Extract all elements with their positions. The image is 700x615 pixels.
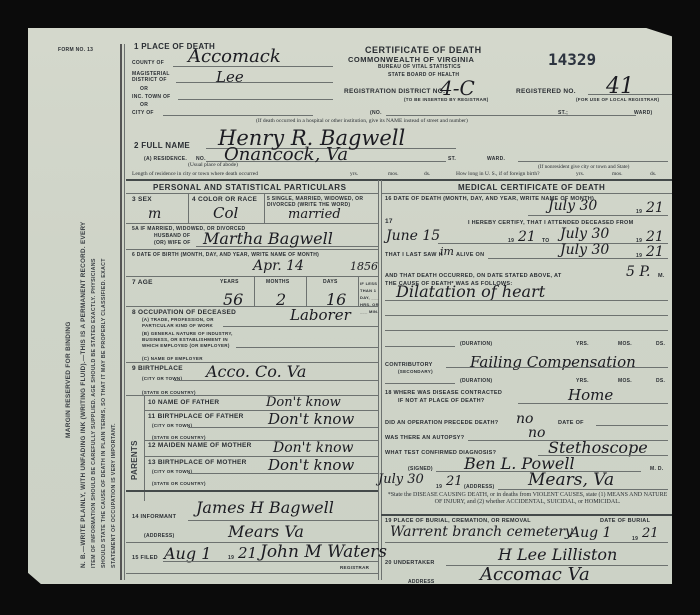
marital-value: married	[288, 207, 341, 222]
spouse-value: Martha Bagwell	[203, 229, 333, 248]
age-label: 7 AGE	[132, 279, 153, 286]
informant-label: 14 INFORMANT	[132, 514, 176, 520]
father-name-value: Don't know	[266, 395, 341, 410]
sex-divider	[188, 193, 189, 223]
undertaker-value: H Lee Lilliston	[498, 545, 617, 564]
parents-bottom-line	[126, 490, 378, 492]
undertaker-label: 20 UNDERTAKER	[385, 560, 435, 566]
dob-year: 1856	[350, 260, 378, 273]
duration-line-1	[385, 346, 455, 347]
mother-name-value: Don't know	[273, 440, 354, 456]
inc-town-label: INC. TOWN OF	[132, 94, 171, 100]
ward-label: WARD)	[634, 110, 652, 116]
informant-line	[188, 520, 378, 521]
contributory-label: CONTRIBUTORY	[385, 362, 433, 368]
race-value: Col	[213, 204, 238, 222]
contracted-label-2: IF NOT AT PLACE OF DEATH?	[398, 398, 485, 404]
contributory-line	[446, 367, 668, 368]
personal-section-title: PERSONAL AND STATISTICAL PARTICULARS	[153, 183, 346, 192]
sign-date: July 30	[378, 472, 424, 487]
medical-section-title: MEDICAL CERTIFICATE OF DEATH	[458, 183, 605, 192]
foreign-ds-label: ds.	[650, 171, 656, 177]
duration-label-2: (DURATION)	[460, 378, 492, 384]
duration-mos-2: MOS.	[618, 378, 632, 384]
registered-no-note: (FOR USE OF LOCAL REGISTRAR)	[576, 97, 659, 102]
residence-value: Onancock, Va	[224, 144, 348, 165]
registered-no-label: REGISTERED NO.	[516, 88, 576, 95]
residence-ward-line	[518, 161, 668, 162]
mother-birthplace-value: Don't know	[268, 456, 354, 474]
occupation-a-label: (A) TRADE, PROFESSION, OR PARTICULAR KIN…	[142, 317, 222, 329]
death-certificate: FORM NO. 13 MARGIN RESERVED FOR BINDING …	[28, 28, 672, 584]
father-name-label: 10 NAME OF FATHER	[148, 399, 219, 406]
foreign-yrs-label: yrs.	[576, 171, 584, 177]
cause-line-3	[385, 330, 668, 331]
age-divider-2	[306, 276, 307, 306]
filed-line	[163, 561, 378, 562]
inc-town-line	[178, 99, 333, 100]
bureau-label: BUREAU OF VITAL STATISTICS	[378, 64, 461, 70]
birthplace-label: 9 BIRTHPLACE	[132, 365, 183, 372]
alive-on-label: ALIVE ON	[456, 252, 484, 258]
informant-address-label: (ADDRESS)	[144, 533, 174, 539]
margin-border	[120, 44, 122, 580]
burial-date-value: Aug 1	[570, 525, 611, 541]
undertaker-address-label: ADDRESS	[408, 579, 435, 585]
duration-ds-2: DS.	[656, 378, 665, 384]
county-label: COUNTY OF	[132, 60, 164, 66]
registered-no-value: 41	[606, 74, 634, 99]
sign-address-value: Mears, Va	[528, 470, 614, 490]
sign-address-line	[498, 489, 668, 490]
usual-place-note: (Usual place of abode)	[188, 162, 238, 168]
sign-year: 21	[446, 474, 463, 489]
contributory-value: Failing Compensation	[470, 353, 636, 371]
age-less-than-note: IF LESS THAN 1 DAY, ___ HRS. OR ___ MIN.	[360, 280, 380, 315]
age-divider-1	[254, 276, 255, 306]
father-birthplace-label: 11 BIRTHPLACE OF FATHER	[148, 413, 244, 420]
sign-year-prefix: 19	[436, 484, 442, 490]
street-no-label: (NO.	[370, 110, 382, 116]
contracted-line	[518, 403, 668, 404]
street-line	[386, 115, 636, 116]
margin-note-line2: ITEM OF INFORMATION SHOULD BE CAREFULLY …	[91, 258, 97, 568]
last-saw-line	[488, 258, 668, 259]
sex-label: 3 SEX	[132, 196, 152, 203]
form-number: FORM NO. 13	[58, 47, 93, 53]
race-divider	[264, 193, 265, 223]
street-st-label: ST.;	[558, 110, 568, 116]
hospital-note: (If death occurred in a hospital or othe…	[256, 118, 468, 124]
city-line	[163, 115, 313, 116]
autopsy-value: no	[528, 425, 545, 441]
age-divider-3	[358, 276, 359, 306]
certificate-number: 14329	[548, 50, 596, 69]
attended-to-value: July 30	[560, 226, 609, 242]
medical-title-line	[381, 193, 672, 194]
operation-label: DID AN OPERATION PRECEDE DEATH?	[385, 420, 498, 426]
foreign-birth-label: How long in U. S., if of foreign birth?	[456, 171, 540, 177]
or-text-1: OR	[140, 86, 148, 92]
secondary-label: (SECONDARY)	[398, 369, 433, 374]
medical-bottom-line	[381, 514, 672, 516]
length-ds-label: ds.	[424, 171, 430, 177]
age-days-label: DAYS	[323, 279, 338, 285]
sex-value: m	[148, 206, 161, 222]
length-yrs-label: yrs.	[350, 171, 358, 177]
occupation-label: 8 OCCUPATION OF DECEASED	[132, 309, 236, 316]
burial-date-label: DATE OF BURIAL	[600, 518, 650, 524]
undertaker-address-value: Accomac Va	[480, 564, 590, 585]
certificate-title: CERTIFICATE OF DEATH	[365, 45, 482, 55]
residence-ward-label: WARD.	[487, 156, 505, 162]
father-birthplace-value: Don't know	[268, 410, 354, 428]
age-years-label: YEARS	[220, 279, 239, 285]
occupation-b-line	[236, 347, 378, 348]
residence-st-label: ST.	[448, 156, 456, 162]
column-divider-2	[381, 180, 382, 580]
margin-border-inner	[124, 44, 125, 580]
mother-name-label: 12 MAIDEN NAME OF MOTHER	[148, 442, 252, 449]
margin-note-line4: STATEMENT OF OCCUPATION IS VERY IMPORTAN…	[111, 423, 117, 568]
bottom-line-left	[126, 573, 378, 574]
parents-side-label: PARENTS	[130, 440, 139, 480]
birthplace-value: Acco. Co. Va	[206, 362, 306, 381]
or-text-2: OR	[140, 102, 148, 108]
registered-no-line	[588, 94, 672, 95]
duration-yrs-2: YRS.	[576, 378, 589, 384]
dod-line	[528, 215, 668, 216]
column-divider	[378, 180, 379, 580]
filed-label: 15 FILED	[132, 555, 158, 561]
occurred-time: 5 P.	[626, 264, 650, 280]
dod-year: 21	[646, 200, 664, 216]
m-label: M.	[658, 273, 665, 279]
full-name-label: 2 FULL NAME	[134, 141, 190, 150]
last-saw-date: July 30	[560, 242, 609, 258]
personal-title-line	[126, 193, 378, 194]
last-saw-pronoun: im	[440, 245, 454, 258]
duration-yrs-1: YRS.	[576, 341, 589, 347]
cause-footnote: *State the DISEASE CAUSING DEATH, or in …	[385, 492, 670, 505]
undertaker-address-line	[438, 584, 668, 585]
registrar-signature: John M Waters	[260, 542, 387, 562]
duration-label-1: (DURATION)	[460, 341, 492, 347]
length-mos-label: mos.	[388, 171, 399, 177]
length-residence-label: Length of residence in city or town wher…	[132, 171, 258, 177]
magisterial-line	[176, 82, 333, 83]
margin-note-line1: N. B.—WRITE PLAINLY, WITH UNFADING INK (…	[80, 221, 87, 568]
sign-address-label: (ADDRESS)	[464, 484, 494, 490]
certify-number: 17	[385, 218, 393, 225]
duration-mos-1: MOS.	[618, 341, 632, 347]
race-label: 4 COLOR OR RACE	[192, 196, 257, 203]
informant-address-value: Mears Va	[228, 522, 304, 541]
filed-year: 21	[238, 544, 257, 562]
burial-year: 21	[642, 526, 659, 541]
date-of-line	[596, 425, 668, 426]
registration-district-note: (TO BE INSERTED BY REGISTRAR)	[404, 97, 489, 102]
cause-line-2	[385, 315, 668, 316]
last-saw-label: THAT I LAST SAW H	[385, 252, 443, 258]
occupation-c-label: (C) NAME OF EMPLOYER	[142, 356, 203, 361]
attended-from-value: June 15	[386, 228, 440, 244]
father-birthplace-city-label: (CITY OR TOWN)	[152, 423, 192, 428]
dod-value: July 30	[548, 198, 597, 214]
burial-place-value: Warrent branch cemetery	[390, 524, 573, 540]
foreign-mos-label: mos.	[612, 171, 623, 177]
nonresident-note: (If nonresident give city or town and St…	[538, 164, 629, 170]
attended-line	[438, 243, 668, 244]
contracted-label-1: 18 WHERE WAS DISEASE CONTRACTED	[385, 390, 502, 396]
city-label: CITY OF	[132, 110, 154, 116]
dob-value: Apr. 14	[253, 258, 304, 274]
contracted-value: Home	[568, 386, 613, 404]
row-line-6	[126, 276, 378, 277]
residence-label: (A) RESIDENCE.	[144, 156, 187, 162]
row-line-5	[126, 223, 378, 224]
cause-value: Dilatation of heart	[396, 282, 545, 301]
informant-value: James H Bagwell	[196, 498, 334, 517]
registration-district-label: REGISTRATION DISTRICT NO.	[344, 88, 445, 95]
spouse-label-3: (OR) WIFE OF	[154, 240, 191, 246]
duration-ds-1: DS.	[656, 341, 665, 347]
mother-birthplace-state-label: (STATE OR COUNTRY)	[152, 481, 206, 486]
county-value: Accomack	[188, 46, 281, 67]
date-of-label: DATE OF	[558, 420, 584, 426]
cause-line-1	[385, 300, 668, 301]
age-months-label: MONTHS	[266, 279, 289, 285]
occurred-label: AND THAT DEATH OCCURRED, ON DATE STATED …	[385, 273, 562, 279]
section-divider	[126, 179, 672, 181]
occupation-value: Laborer	[290, 306, 351, 324]
occupation-a-line	[223, 326, 378, 327]
certificate-subtitle: COMMONWEALTH OF VIRGINIA	[348, 55, 474, 64]
margin-binding-text: MARGIN RESERVED FOR BINDING	[65, 321, 72, 438]
mother-birthplace-label: 13 BIRTHPLACE OF MOTHER	[148, 459, 247, 466]
autopsy-label: WAS THERE AN AUTOPSY?	[385, 435, 464, 441]
registrar-label: REGISTRAR	[340, 565, 369, 570]
duration-line-2	[385, 383, 455, 384]
magisterial-label: MAGISTERIAL DISTRICT OF	[132, 71, 177, 83]
magisterial-value: Lee	[216, 68, 244, 86]
occupation-b-label: (B) GENERAL NATURE OF INDUSTRY, BUSINESS…	[142, 331, 234, 349]
md-label: M. D.	[650, 466, 663, 472]
spouse-label-2: HUSBAND OF	[154, 233, 190, 239]
mother-birthplace-city-label: (CITY OR TOWN)	[152, 469, 192, 474]
row-line-5a	[126, 249, 378, 250]
burial-line	[385, 542, 668, 543]
margin-note-line3: SHOULD STATE THE CAUSE OF DEATH IN PLAIN…	[101, 258, 107, 568]
